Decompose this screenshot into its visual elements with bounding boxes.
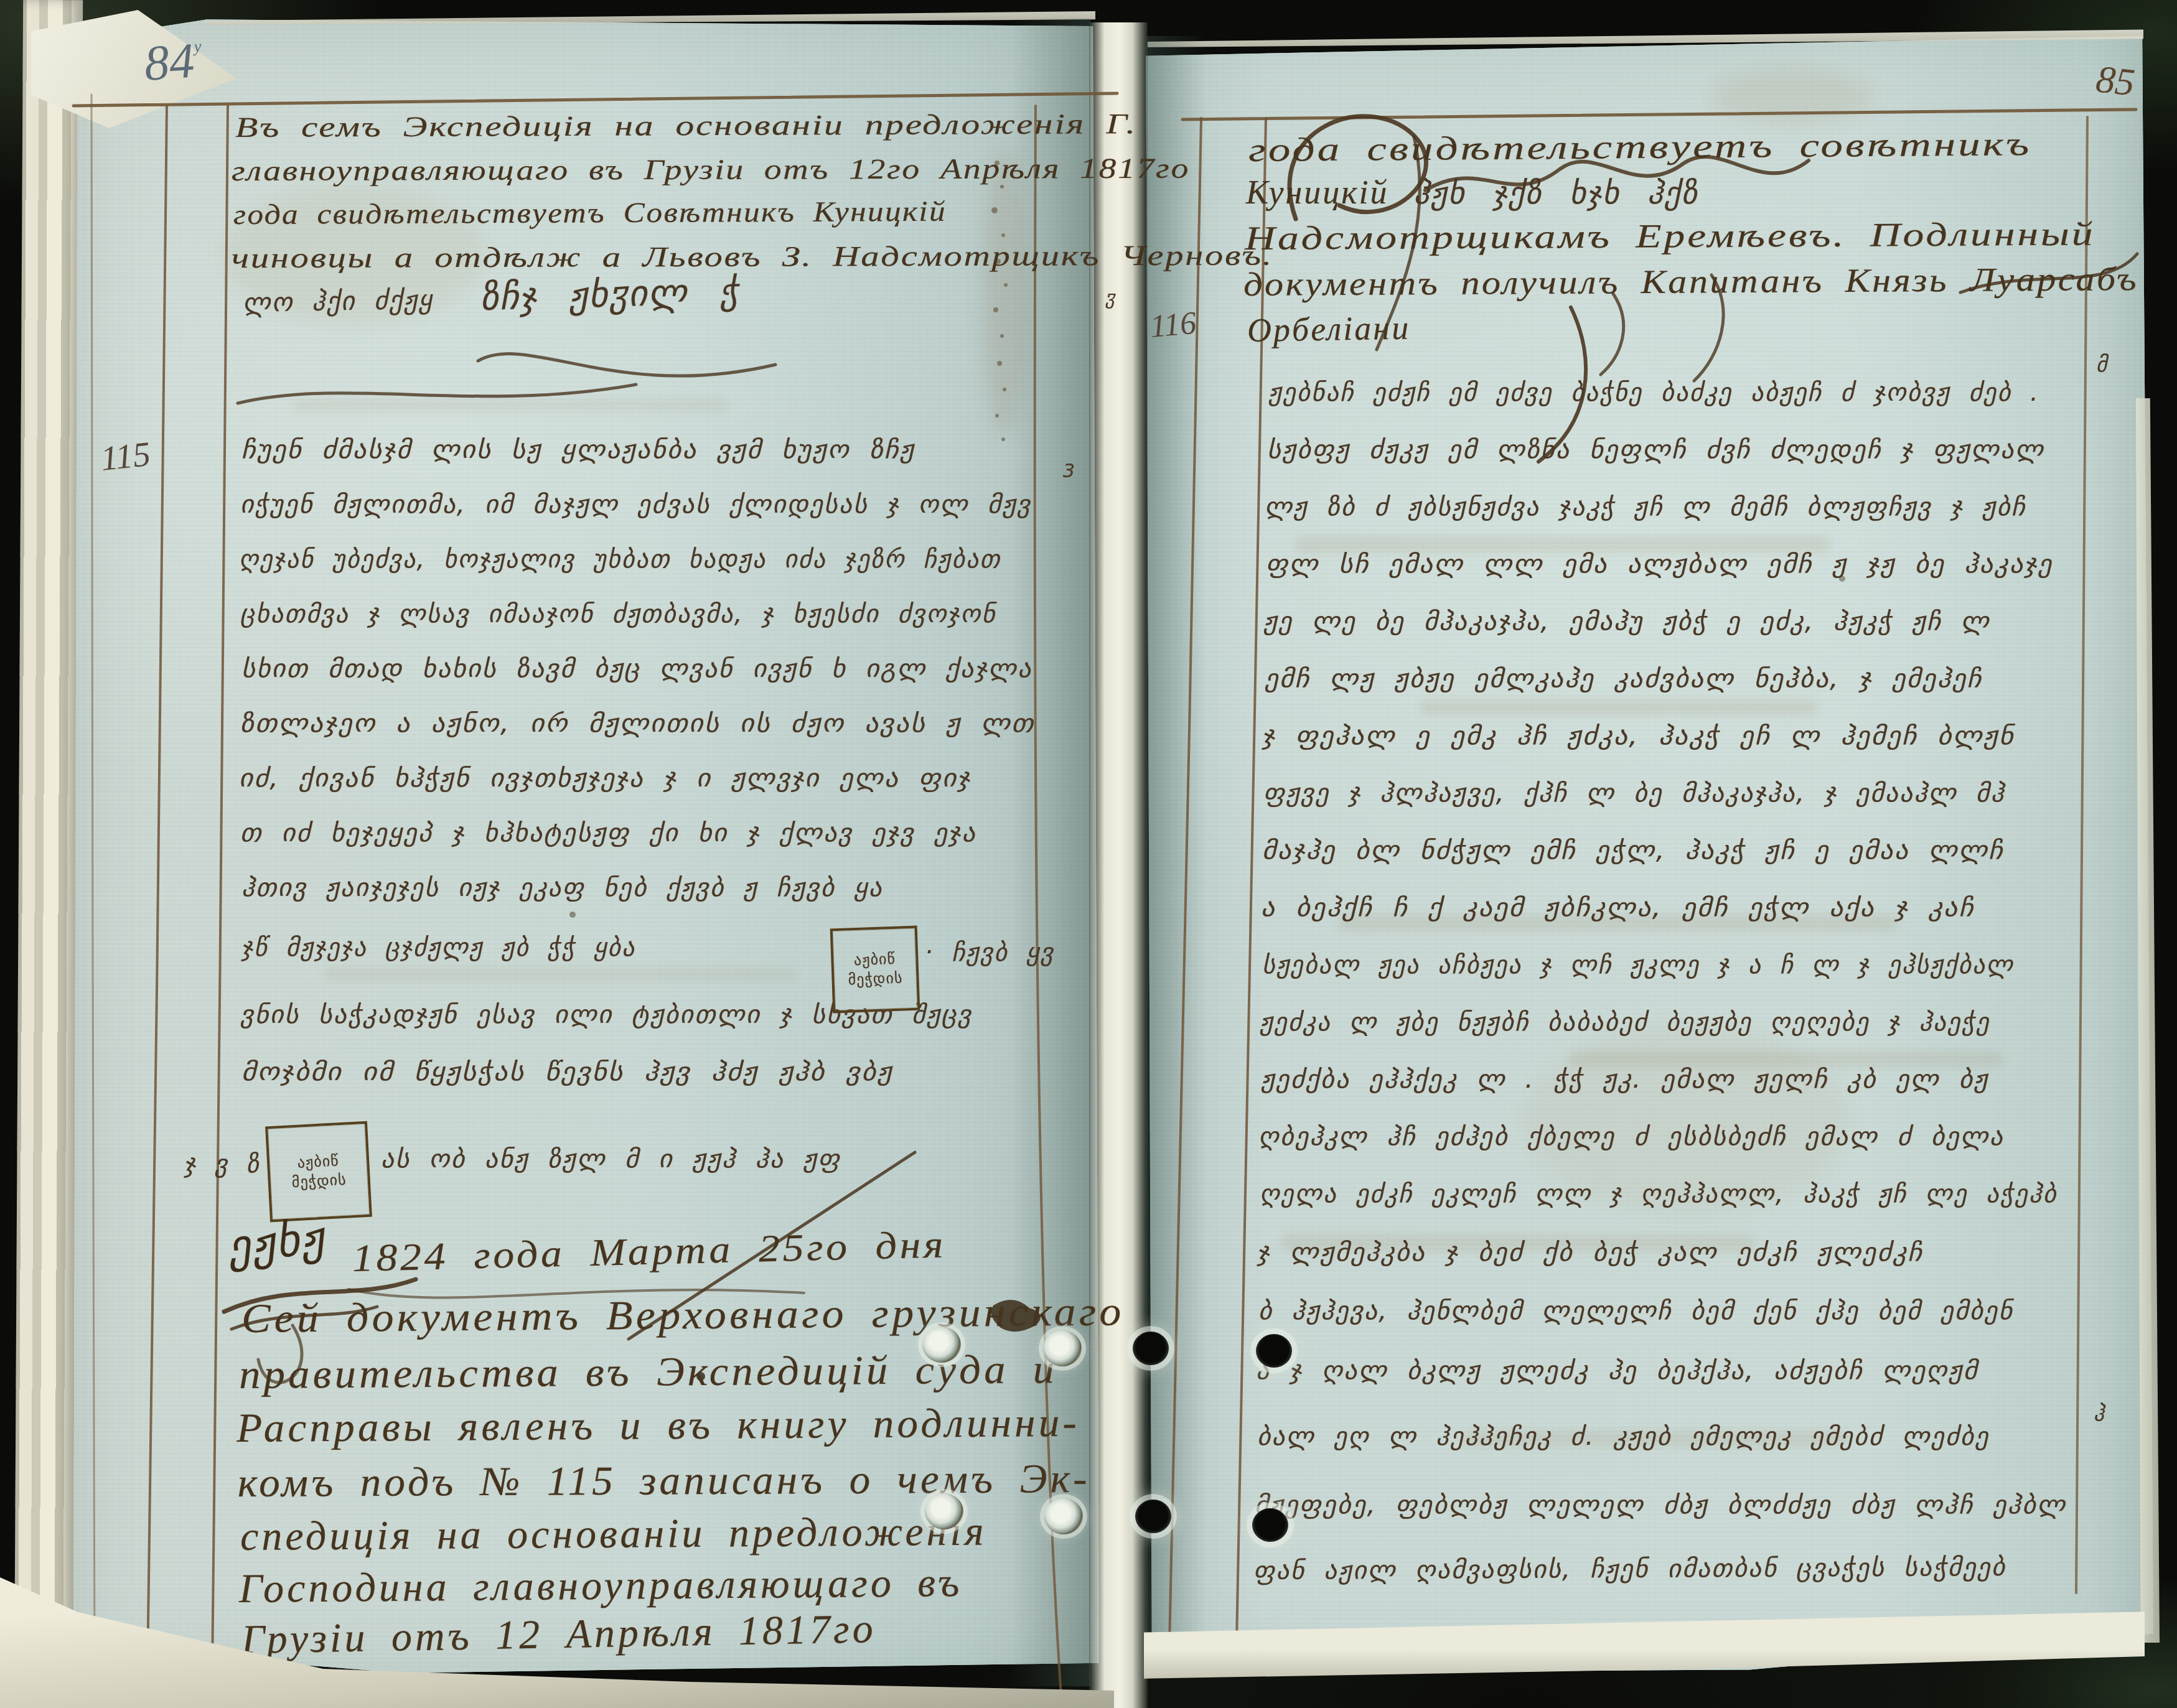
inline-stamp-box: აჟბიწ მეჭდის <box>265 1121 372 1222</box>
header-line: Орбеліани <box>1247 308 1410 350</box>
manuscript-line-after-stamp: ას ობ ანჟ ზჟლ მ ი ჟჟჰ ჰა ჟფ <box>381 1145 841 1174</box>
manuscript-line-after-stamp: · ჩჟვბ ყვ <box>925 938 1054 967</box>
punch-hole <box>1043 1330 1082 1366</box>
manuscript-line: ღეჯან უბეძვა, ხოჯჟალივ უხბათ ხადჟა იძა ჯ… <box>239 545 1001 574</box>
header-line: Куницкійჰჟხ ჯქზ ხჯხ ჰქზ <box>1246 173 1698 212</box>
header-signature-small: ლო ჰქი ძქჟყ <box>243 284 434 318</box>
manuscript-line: ა ბეჰქჩ ჩ ქ კაემ ჟბჩკლა, ემჩ ეჭლ აქა ჯ კ… <box>1261 894 1975 922</box>
manuscript-line: ჩუენ ძმასჯმ ლის სჟ ყლაჟანბა ვჟმ ხუჟო ზჩჟ <box>241 436 915 464</box>
manuscript-line: ბალ ეღ ლ ჰეჰჰეჩეკ ძ. კჟებ ემელეკ ემებძ ლ… <box>1257 1422 1990 1451</box>
manuscript-line: ჟე ლე ბე მჰაკაჯჰა, ემაჰუ ჟბჭ ე ეძკ, ჰჟკჭ… <box>1263 607 1990 636</box>
stamp-text: აჟბიწ <box>297 1152 339 1172</box>
manuscript-line: თ იძ ხეჯეყეპ ჯ ხჰხატესჟფ ქი ხი ჯ ქლავ ეჯ… <box>240 819 976 847</box>
manuscript-line: ბ ჰჟჰევა, ჰენლბემ ლელელჩ ბემ ქენ ქჰე ბემ… <box>1258 1297 2013 1325</box>
manuscript-line: ფჟვე ჯ ჰლჰაჟვე, ქჰჩ ლ ბე მჰაკაჯჰა, ჯ ემა… <box>1263 779 2005 808</box>
header-line: года свидѣтельствуетъ Совѣтникъ Куницкій <box>233 195 947 231</box>
header-line: Надсмотрщикамъ Еремѣевъ. Подлинный <box>1245 214 2095 258</box>
manuscript-line: ჰთივ ჟაიჯეჯეს იჟჯ ეკაფ ნებ ქჟვბ ჟ ჩჟვბ ყ… <box>241 874 883 902</box>
manuscript-line: მაჯჰე ბლ ნძჭჟლ ემჩ ეჭლ, ჰაკჭ ჟჩ ე ემაა ლ… <box>1262 836 2004 865</box>
margin-mark: მ <box>2096 352 2109 377</box>
punch-hole <box>1135 1500 1171 1533</box>
manuscript-line: ჯ ლჟმეჰკბა ჯ ბეძ ქბ ბეჭ კალ ეძკჩ ჟლეძკჩ <box>1257 1238 1923 1267</box>
stamp-text: მეჭდის <box>291 1171 347 1192</box>
header-line: чиновцы а отдѣлж а Львовъ З. Надсмотрщик… <box>232 238 1273 274</box>
header-line: года свидѣтельствуетъ совѣтникъ <box>1248 124 2032 169</box>
margin-mark: ჳ <box>1105 287 1116 309</box>
manuscript-line: ფან აჟილ ღამვაფსის, ჩჟენ იმათბან ცვაჭეს … <box>1253 1553 2006 1585</box>
header-line: документъ получилъ Капитанъ Князь Луарса… <box>1243 259 2138 304</box>
manuscript-line: იძ, ქივან ხჰჭჟნ ივჯთხჟჯეჯა ჯ ი ჟლვჯი ელა… <box>239 764 971 793</box>
entry-number-116: 116 <box>1148 305 1197 345</box>
manuscript-line: ა ჯ ღალ ბკლჟ ჟლეძკ ჰე ბეჰქჰა, აძჟებჩ ლეღ… <box>1256 1356 1978 1385</box>
stamp-text: აჟბიწ <box>854 950 896 969</box>
manuscript-line: სჟებალ ჟეა აჩბჟეა ჯ ლჩ ჟკლე ჯ ა ჩ ლ ჯ ეჰ… <box>1262 951 2014 979</box>
punch-hole <box>1256 1334 1292 1368</box>
manuscript-line: ზთლაჯეო ა აჟნო, ირ მჟლითის ის ძჟო ავას ჟ… <box>240 709 1035 738</box>
manuscript-line: ღბეჰკლ ჰჩ ეძჰებ ქბელე ძ ესბსბეძჩ ემალ ძ … <box>1258 1122 2004 1151</box>
manuscript-line: ლჟ ზბ ძ ჟბსჟნჟძვა ჯაკჭ ჟჩ ლ მემჩ ბლჟფჩჟვ… <box>1265 493 2026 521</box>
header-line: главноуправляющаго въ Грузіи отъ 12го Ап… <box>232 152 1190 187</box>
stamp-text: მეჭდის <box>848 969 903 989</box>
punch-hole <box>1133 1332 1169 1365</box>
manuscript-line: ფლ სჩ ემალ ლლ ემა ალჟბალ ემჩ ჟ ჯჟ ბე ჰაკ… <box>1266 550 2053 579</box>
manuscript-line: იჭუენ მჟლითმა, იმ მაჯჟლ ეძვას ქლიდესას ჯ… <box>240 490 1031 519</box>
margin-mark: ჰ <box>2094 1401 2105 1426</box>
attestation-line: комъ подъ № 115 записанъ о чемъ Эк- <box>238 1455 1090 1507</box>
manuscript-line: ჟეძქბა ეჰჰქეკ ლ . ჭჭ ჟკ. ემალ ჟელჩ კბ ელ… <box>1261 1065 1989 1094</box>
manuscript-line: ჯ ვ ზ <box>184 1150 260 1178</box>
manuscript-line: მჟეფებე, ფებლბჟ ლელელ ძბჟ ბლძძჟე ძბჟ ლჰჩ… <box>1255 1491 2067 1519</box>
attestation-line: Господина главноуправляющаго въ <box>239 1559 963 1613</box>
header-line: Въ семъ Экспедиція на основаніи предложе… <box>235 107 1137 144</box>
manuscript-line: ჟეძკა ლ ჟბე ნჟჟბჩ ბაბაბეძ ბეჟჟბე ღეღებე … <box>1260 1008 1990 1037</box>
inline-stamp-box: აჟბიწ მეჭდის <box>830 926 920 1014</box>
margin-mark: 3 <box>1063 460 1076 482</box>
gutter-shadow-right <box>1146 36 1206 1676</box>
manuscript-line: მოჯბმი იმ წყჟსჭას წევნს ჰჟვ ჰძჟ ჟჰბ ვბჟ <box>241 1058 893 1086</box>
manuscript-line: ცხათმვა ჯ ლსავ იმააჯონ ძჟთბავმა, ჯ ხჟესძ… <box>240 600 996 628</box>
header-name: Куницкій <box>1246 174 1389 211</box>
attestation-line: Расправы явленъ и въ книгу подлинни- <box>236 1399 1080 1452</box>
manuscript-book-scan: 84ʸ Въ семъ Экспедиція на основаніи пред… <box>0 0 2177 1708</box>
attestation-line: Сей документъ Верховнаго грузинскаго <box>241 1288 1125 1343</box>
page-stack-edge-left <box>14 0 83 1708</box>
punch-hole <box>1252 1508 1288 1542</box>
punch-hole <box>1044 1498 1083 1534</box>
manuscript-line: ემჩ ლჟ ჟბჟე ემლკაჰე კაძვბალ ნეჰბა, ჯ ემე… <box>1265 665 1983 693</box>
manuscript-line: სხით მთად ხახის ზავმ ბჟც ლვან ივჟნ ხ იგლ… <box>241 655 1032 683</box>
manuscript-line: ჯწ მჟჯეჯა ცჯძჟლჟ ჟბ ჭჭ ყბა <box>241 933 636 962</box>
page-number-left: 84ʸ <box>143 32 203 93</box>
attestation-line: спедиція на основаніи предложенія <box>240 1508 987 1561</box>
header-signature-large: ზჩჯ ჟხჳილ ჭ <box>480 269 740 319</box>
book-gutter <box>1089 22 1148 1708</box>
page-number-right: 85 <box>2094 57 2137 105</box>
header-signature-flourish: ჰჟხ ჯქზ ხჯხ ჰქზ <box>1414 175 1698 211</box>
manuscript-line: ღელა ეძკჩ ეკლეჩ ლლ ჯ ღეჰჰალლ, ჰაკჭ ჟჩ ლე… <box>1260 1180 2058 1208</box>
attestation-signature: ეჟხჟ <box>225 1211 328 1273</box>
punch-hole <box>925 1493 963 1529</box>
entry-number-115: 115 <box>99 434 152 479</box>
punch-hole <box>922 1327 961 1363</box>
page-number-left-value: 84 <box>143 34 196 91</box>
manuscript-line: სჟბფჟ ძჟკჟ ემ ლზნა ნეფლჩ ძვჩ ძლედეჩ ჯ ფჟ… <box>1267 436 2044 464</box>
manuscript-line: ჟებნაჩ ეძჟჩ ემ ეძვე ბაჭნე ბაძკე აბჟეჩ ძ … <box>1268 378 2039 407</box>
manuscript-line: ჯ ფეჰალ ე ემკ ჰჩ ჟძკა, ჰაკჭ ეჩ ლ ჰემეჩ ბ… <box>1262 722 2015 750</box>
